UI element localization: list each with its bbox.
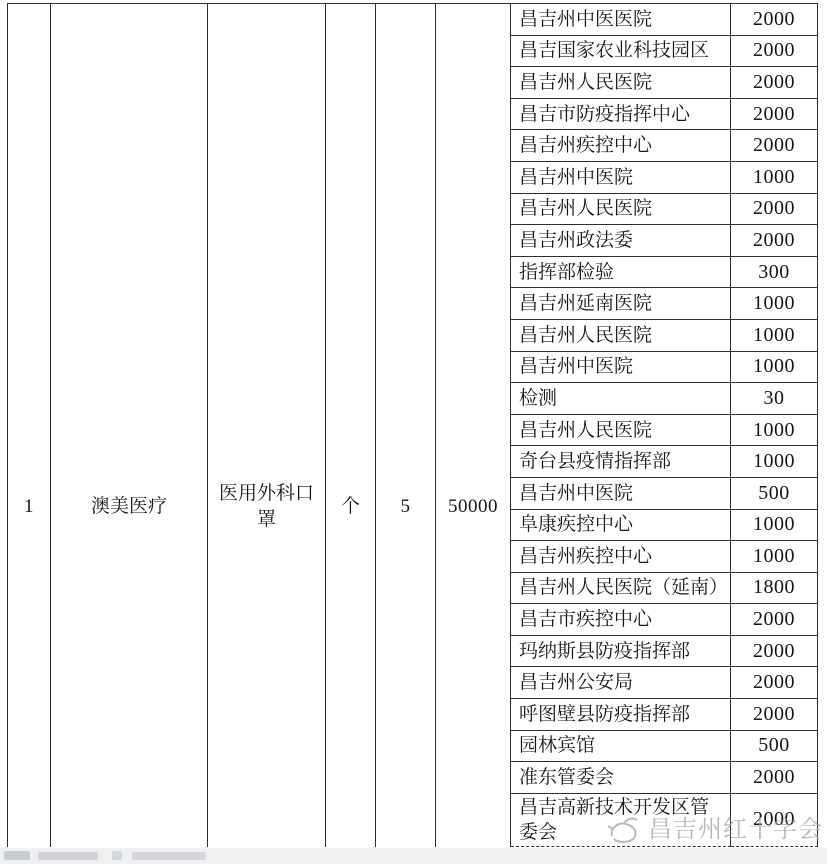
page-footer-strip [0, 848, 827, 864]
recipient-quantity: 2000 [731, 194, 818, 226]
table-row: 昌吉州人民医院 1000 [511, 415, 818, 447]
table-row: 昌吉州人民医院 2000 [511, 67, 818, 99]
recipient-name: 园林宾馆 [511, 731, 731, 763]
cutoff-artifact [4, 851, 30, 860]
recipient-quantity: 1000 [731, 446, 818, 478]
recipient-name: 昌吉州公安局 [511, 667, 731, 699]
cell-item: 医用外科口罩 [208, 4, 326, 847]
cutoff-artifact [38, 852, 98, 860]
serial-number: 1 [8, 494, 50, 520]
table-row: 检测 30 [511, 383, 818, 415]
recipient-quantity: 2000 [731, 699, 818, 731]
recipient-quantity: 2000 [731, 794, 818, 847]
table-row: 昌吉市疾控中心 2000 [511, 604, 818, 636]
table-row: 昌吉州人民医院 2000 [511, 194, 818, 226]
recipient-quantity: 1000 [731, 352, 818, 384]
recipient-name: 昌吉州中医院 [511, 478, 731, 510]
table-row: 昌吉州中医院 1000 [511, 352, 818, 384]
table-row: 昌吉州中医院 1000 [511, 162, 818, 194]
recipient-name: 昌吉高新技术开发区管委会 [511, 794, 731, 847]
recipient-quantity: 300 [731, 257, 818, 289]
table-row: 昌吉高新技术开发区管委会 2000 [511, 794, 818, 847]
table-row: 玛纳斯县防疫指挥部 2000 [511, 636, 818, 668]
recipient-name: 昌吉州人民医院 [511, 320, 731, 352]
cell-unit: 个 [326, 4, 376, 847]
recipient-name: 昌吉州延南医院 [511, 288, 731, 320]
recipient-quantity: 1000 [731, 162, 818, 194]
table-row: 准东管委会 2000 [511, 762, 818, 794]
recipient-quantity: 1000 [731, 288, 818, 320]
recipient-name: 昌吉州人民医院 [511, 194, 731, 226]
table-row: 呼图壁县防疫指挥部 2000 [511, 699, 818, 731]
table-row: 指挥部检验 300 [511, 257, 818, 289]
table-row: 昌吉州公安局 2000 [511, 667, 818, 699]
recipient-name: 指挥部检验 [511, 257, 731, 289]
table-row: 阜康疾控中心 1000 [511, 510, 818, 542]
item-name: 医用外科口罩 [208, 481, 325, 533]
cutoff-artifact [112, 851, 122, 860]
recipient-name: 昌吉州人民医院（延南） [511, 573, 731, 605]
recipient-quantity: 2000 [731, 225, 818, 257]
donation-table: 1 澳美医疗 医用外科口罩 个 5 50000 昌吉州中医医院 2000 昌吉国… [7, 3, 818, 847]
table-row: 昌吉州人民医院 1000 [511, 320, 818, 352]
table-row: 昌吉州中医医院 2000 [511, 4, 818, 36]
recipient-name: 昌吉州中医院 [511, 352, 731, 384]
recipient-name: 阜康疾控中心 [511, 510, 731, 542]
recipient-name: 昌吉州人民医院 [511, 67, 731, 99]
cell-serial-number: 1 [8, 4, 51, 847]
recipient-quantity: 2000 [731, 636, 818, 668]
recipient-quantity: 30 [731, 383, 818, 415]
recipient-quantity: 2000 [731, 667, 818, 699]
recipient-quantity: 500 [731, 478, 818, 510]
recipient-quantity: 2000 [731, 99, 818, 131]
table-row: 昌吉州疾控中心 2000 [511, 130, 818, 162]
total-quantity: 50000 [436, 494, 510, 520]
article-page: { "table": { "summary": { "index": "1", … [0, 0, 827, 864]
recipient-name: 呼图壁县防疫指挥部 [511, 699, 731, 731]
recipient-name: 昌吉州中医医院 [511, 4, 731, 36]
recipient-quantity: 2000 [731, 36, 818, 68]
recipient-quantity: 1800 [731, 573, 818, 605]
recipient-name: 奇台县疫情指挥部 [511, 446, 731, 478]
table-row: 园林宾馆 500 [511, 731, 818, 763]
donor-name: 澳美医疗 [51, 494, 207, 520]
recipient-quantity: 1000 [731, 320, 818, 352]
item-price: 5 [376, 494, 435, 520]
recipient-quantity: 2000 [731, 130, 818, 162]
recipient-quantity: 2000 [731, 4, 818, 36]
item-unit: 个 [326, 494, 375, 520]
recipient-quantity: 2000 [731, 762, 818, 794]
cell-price: 5 [376, 4, 436, 847]
table-row: 昌吉市防疫指挥中心 2000 [511, 99, 818, 131]
table-row: 昌吉州人民医院（延南） 1800 [511, 573, 818, 605]
recipient-quantity: 2000 [731, 604, 818, 636]
table-row: 昌吉州中医院 500 [511, 478, 818, 510]
recipient-name: 昌吉国家农业科技园区 [511, 36, 731, 68]
recipient-quantity: 500 [731, 731, 818, 763]
recipient-quantity: 1000 [731, 510, 818, 542]
cell-total-quantity: 50000 [436, 4, 511, 847]
recipient-name: 检测 [511, 383, 731, 415]
recipient-name: 昌吉州人民医院 [511, 415, 731, 447]
recipient-quantity: 1000 [731, 415, 818, 447]
recipient-name: 昌吉州中医院 [511, 162, 731, 194]
recipient-quantity: 1000 [731, 541, 818, 573]
recipient-name: 昌吉州政法委 [511, 225, 731, 257]
table-row: 昌吉国家农业科技园区 2000 [511, 36, 818, 68]
recipient-name: 昌吉市疾控中心 [511, 604, 731, 636]
recipient-quantity: 2000 [731, 67, 818, 99]
cutoff-artifact [132, 852, 206, 860]
recipient-name: 准东管委会 [511, 762, 731, 794]
table-row: 昌吉州疾控中心 1000 [511, 541, 818, 573]
recipient-name: 玛纳斯县防疫指挥部 [511, 636, 731, 668]
cell-donor: 澳美医疗 [51, 4, 208, 847]
recipient-name: 昌吉市防疫指挥中心 [511, 99, 731, 131]
table-row: 奇台县疫情指挥部 1000 [511, 446, 818, 478]
table-row: 昌吉州延南医院 1000 [511, 288, 818, 320]
recipient-name: 昌吉州疾控中心 [511, 130, 731, 162]
recipient-rows: 昌吉州中医医院 2000 昌吉国家农业科技园区 2000 昌吉州人民医院 200… [511, 4, 818, 847]
table-row: 昌吉州政法委 2000 [511, 225, 818, 257]
recipient-name: 昌吉州疾控中心 [511, 541, 731, 573]
